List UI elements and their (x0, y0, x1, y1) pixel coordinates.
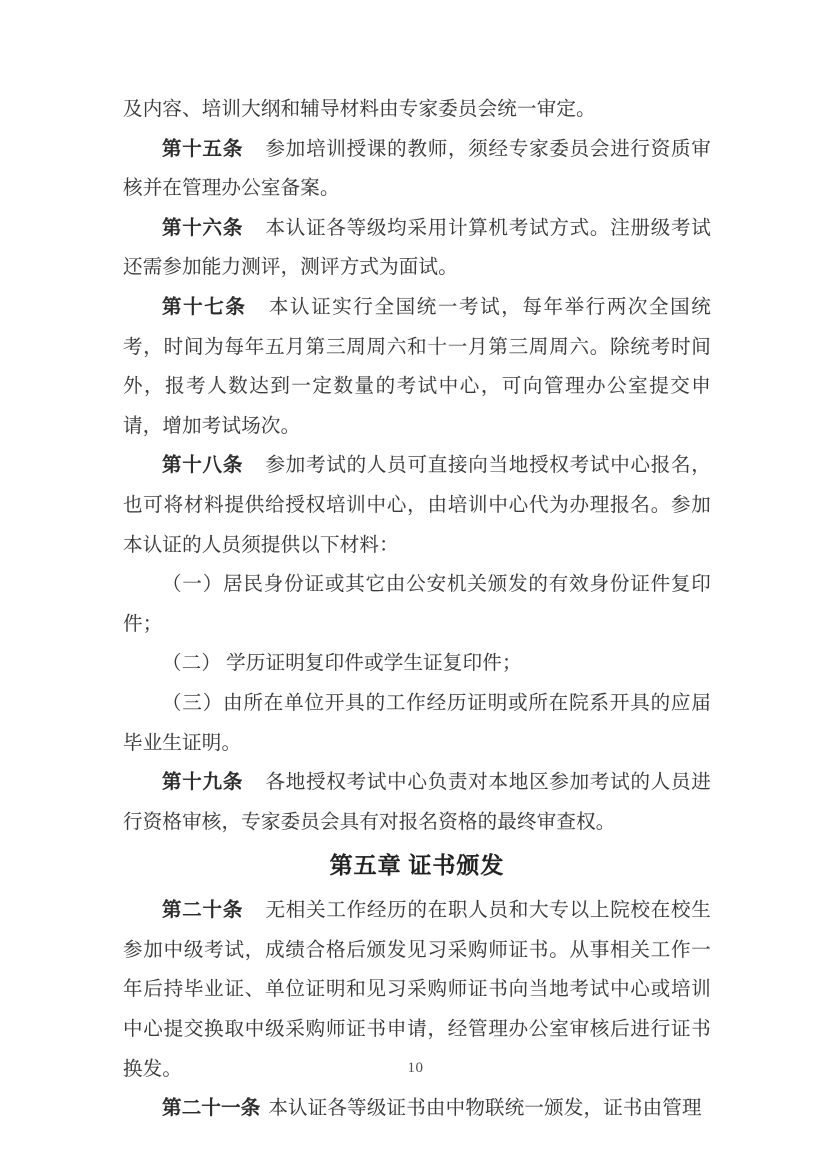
article-label: 第十六条 (162, 218, 243, 239)
article-label: 第二十条 (162, 900, 243, 921)
document-page: 及内容、培训大纲和辅导材料由专家委员会统一审定。 第十五条参加培训授课的教师，须… (0, 0, 831, 1175)
article-text: 无相关工作经历的在职人员和大专以上院校在校生参加中级考试，成绩合格后颁发见习采购… (123, 900, 711, 1079)
article-label: 第二十一条 (162, 1098, 261, 1119)
article-21: 第二十一条本认证各等级证书由中物联统一颁发，证书由管理 (123, 1089, 711, 1129)
list-item-text: （一）居民身份证或其它由公安机关颁发的有效身份证件复印件； (123, 574, 711, 635)
article-label: 第十八条 (162, 455, 243, 476)
list-item-1: （一）居民身份证或其它由公安机关颁发的有效身份证件复印件； (123, 565, 711, 644)
paragraph-continuation: 及内容、培训大纲和辅导材料由专家委员会统一审定。 (123, 90, 711, 130)
article-19: 第十九条各地授权考试中心负责对本地区参加考试的人员进行资格审核，专家委员会具有对… (123, 763, 711, 842)
page-number: 10 (0, 1060, 831, 1077)
article-17: 第十七条本认证实行全国统一考试，每年举行两次全国统考，时间为每年五月第三周周六和… (123, 288, 711, 446)
list-item-2: （二） 学历证明复印件或学生证复印件； (123, 644, 711, 684)
article-text: 本认证各等级证书由中物联统一颁发，证书由管理 (268, 1098, 701, 1119)
article-label: 第十九条 (162, 772, 243, 793)
list-item-text: （二） 学历证明复印件或学生证复印件； (162, 653, 522, 674)
text-block: 及内容、培训大纲和辅导材料由专家委员会统一审定。 第十五条参加培训授课的教师，须… (123, 90, 711, 1129)
list-item-text: （三）由所在单位开具的工作经历证明或所在院系开具的应届毕业生证明。 (123, 693, 711, 754)
article-label: 第十七条 (162, 297, 246, 318)
paragraph-text: 及内容、培训大纲和辅导材料由专家委员会统一审定。 (123, 99, 596, 120)
article-16: 第十六条本认证各等级均采用计算机考试方式。注册级考试还需参加能力测评，测评方式为… (123, 209, 711, 288)
chapter-heading: 第五章 证书颁发 (123, 844, 711, 888)
article-15: 第十五条参加培训授课的教师，须经专家委员会进行资质审核并在管理办公室备案。 (123, 130, 711, 209)
list-item-3: （三）由所在单位开具的工作经历证明或所在院系开具的应届毕业生证明。 (123, 684, 711, 763)
article-label: 第十五条 (162, 139, 243, 160)
article-18: 第十八条参加考试的人员可直接向当地授权考试中心报名，也可将材料提供给授权培训中心… (123, 446, 711, 565)
